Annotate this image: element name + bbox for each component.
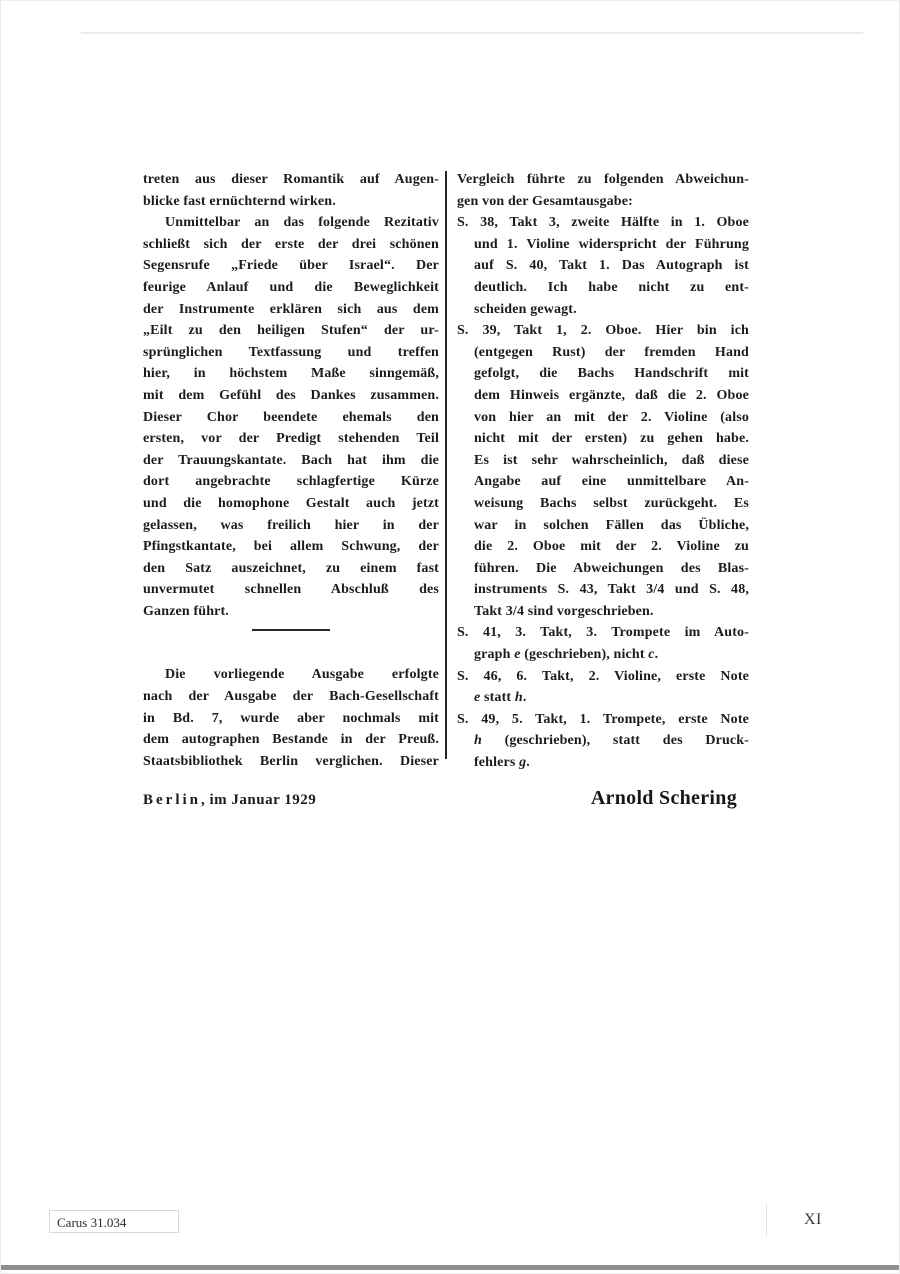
text-line: Unmittelbar an das folgende Rezitativ bbox=[143, 212, 439, 234]
text-line: sprünglichen Textfassung und treffen bbox=[143, 342, 439, 364]
text-line: und die homophone Gestalt auch jetzt bbox=[143, 493, 439, 515]
list-item: S. 41, 3. Takt, 3. Trompete im Auto-grap… bbox=[457, 622, 749, 665]
text-line: nicht mit der ersten) zu gehen habe. bbox=[457, 428, 749, 450]
text-line: dort angebrachte schlagfertige Kürze bbox=[143, 471, 439, 493]
text-line: S. 39, Takt 1, 2. Oboe. Hier bin ich bbox=[457, 320, 749, 342]
scanned-document-page: treten aus dieser Romantik auf Augen-bli… bbox=[0, 0, 900, 1274]
text-line: Dieser Chor beendete ehemals den bbox=[143, 407, 439, 429]
text-line: die 2. Oboe mit der 2. Violine zu bbox=[457, 536, 749, 558]
text-line: blicke fast ernüchternd wirken. bbox=[143, 191, 439, 213]
text-line: dem Hinweis ergänzte, daß die 2. Oboe bbox=[457, 385, 749, 407]
text-line: „Eilt zu den heiligen Stufen“ der ur- bbox=[143, 320, 439, 342]
text-line: hier, in höchstem Maße sinngemäß, bbox=[143, 363, 439, 385]
text-line: unvermutet schnellen Abschluß des bbox=[143, 579, 439, 601]
text-line: Vergleich führte zu folgenden Abweichun- bbox=[457, 169, 749, 191]
text-line: der Instrumente erklären sich aus dem bbox=[143, 299, 439, 321]
text-line: (entgegen Rust) der fremden Hand bbox=[457, 342, 749, 364]
text-line: instruments S. 43, Takt 3/4 und S. 48, bbox=[457, 579, 749, 601]
text-line: treten aus dieser Romantik auf Augen- bbox=[143, 169, 439, 191]
list-item: S. 39, Takt 1, 2. Oboe. Hier bin ich(ent… bbox=[457, 320, 749, 622]
text-line: und 1. Violine widerspricht der Führung bbox=[457, 234, 749, 256]
text-line: schließt sich der erste der drei schönen bbox=[143, 234, 439, 256]
signature-place-date: Berlin, im Januar 1929 bbox=[143, 792, 316, 809]
text-line: in Bd. 7, wurde aber nochmals mit bbox=[143, 708, 439, 730]
text-line: Die vorliegende Ausgabe erfolgte bbox=[143, 664, 439, 686]
text-line: nach der Ausgabe der Bach-Gesellschaft bbox=[143, 686, 439, 708]
list-item: S. 38, Takt 3, zweite Hälfte in 1. Oboeu… bbox=[457, 212, 749, 320]
text-line: dem autographen Bestande in der Preuß. bbox=[143, 729, 439, 751]
text-line: h (geschrieben), statt des Druck- bbox=[457, 730, 749, 752]
section-rule bbox=[252, 629, 330, 631]
signature-place: Berlin bbox=[143, 792, 201, 808]
footer-page-number: XI bbox=[804, 1211, 822, 1229]
signature-row: Berlin, im Januar 1929 Arnold Schering bbox=[143, 787, 749, 810]
text-line: mit dem Gefühl des Dankes zusammen. bbox=[143, 385, 439, 407]
text-line: Ganzen führt. bbox=[143, 601, 439, 623]
text-line: Angabe auf eine unmittelbare An- bbox=[457, 471, 749, 493]
text-line: gefolgt, die Bachs Handschrift mit bbox=[457, 363, 749, 385]
text-line: Pfingstkantate, bei allem Schwung, der bbox=[143, 536, 439, 558]
text-line: führen. Die Abweichungen des Blas- bbox=[457, 558, 749, 580]
text-line: S. 46, 6. Takt, 2. Violine, erste Note bbox=[457, 666, 749, 688]
text-line: weisung Bachs selbst zurückgeht. Es bbox=[457, 493, 749, 515]
paragraph: Unmittelbar an das folgende Rezitativsch… bbox=[143, 212, 439, 622]
paragraph: treten aus dieser Romantik auf Augen-bli… bbox=[143, 169, 439, 212]
text-line: Staatsbibliothek Berlin verglichen. Dies… bbox=[143, 751, 439, 773]
text-line: gelassen, was freilich hier in der bbox=[143, 515, 439, 537]
text-line: den Satz auszeichnet, zu einem fast bbox=[143, 558, 439, 580]
text-line: Takt 3/4 sind vorgeschrieben. bbox=[457, 601, 749, 623]
column-divider bbox=[445, 171, 447, 759]
text-line: e statt h. bbox=[457, 687, 749, 709]
right-column: Vergleich führte zu folgenden Abweichun-… bbox=[457, 169, 749, 774]
footer-divider-line bbox=[766, 1203, 767, 1237]
text-line: feurige Anlauf und die Beweglichkeit bbox=[143, 277, 439, 299]
left-column: treten aus dieser Romantik auf Augen-bli… bbox=[143, 169, 439, 772]
text-line: Segensrufe „Friede über Israel“. Der bbox=[143, 255, 439, 277]
signature-date: , im Januar 1929 bbox=[201, 792, 316, 808]
list-item: S. 49, 5. Takt, 1. Trompete, erste Noteh… bbox=[457, 709, 749, 774]
text-line: war in solchen Fällen das Übliche, bbox=[457, 515, 749, 537]
text-line: scheiden gewagt. bbox=[457, 299, 749, 321]
text-line: fehlers g. bbox=[457, 752, 749, 774]
text-line: ersten, vor der Predigt stehenden Teil bbox=[143, 428, 439, 450]
text-line: deutlich. Ich habe nicht zu ent- bbox=[457, 277, 749, 299]
text-line: auf S. 40, Takt 1. Das Autograph ist bbox=[457, 255, 749, 277]
text-line: gen von der Gesamtausgabe: bbox=[457, 191, 749, 213]
text-line: Es ist sehr wahrscheinlich, daß diese bbox=[457, 450, 749, 472]
signature-author: Arnold Schering bbox=[591, 787, 737, 810]
paragraph: Vergleich führte zu folgenden Abweichun-… bbox=[457, 169, 749, 212]
bottom-bar bbox=[1, 1265, 899, 1270]
list-item: S. 46, 6. Takt, 2. Violine, erste Notee … bbox=[457, 666, 749, 709]
paragraph: Die vorliegende Ausgabe erfolgtenach der… bbox=[143, 664, 439, 772]
footer-catalog-box: Carus 31.034 bbox=[49, 1210, 179, 1233]
text-line: der Trauungskantate. Bach hat ihm die bbox=[143, 450, 439, 472]
text-line: S. 38, Takt 3, zweite Hälfte in 1. Oboe bbox=[457, 212, 749, 234]
text-line: graph e (geschrieben), nicht c. bbox=[457, 644, 749, 666]
text-line: S. 41, 3. Takt, 3. Trompete im Auto- bbox=[457, 622, 749, 644]
top-rule bbox=[81, 32, 863, 34]
text-line: von hier an mit der 2. Violine (also bbox=[457, 407, 749, 429]
text-line: S. 49, 5. Takt, 1. Trompete, erste Note bbox=[457, 709, 749, 731]
